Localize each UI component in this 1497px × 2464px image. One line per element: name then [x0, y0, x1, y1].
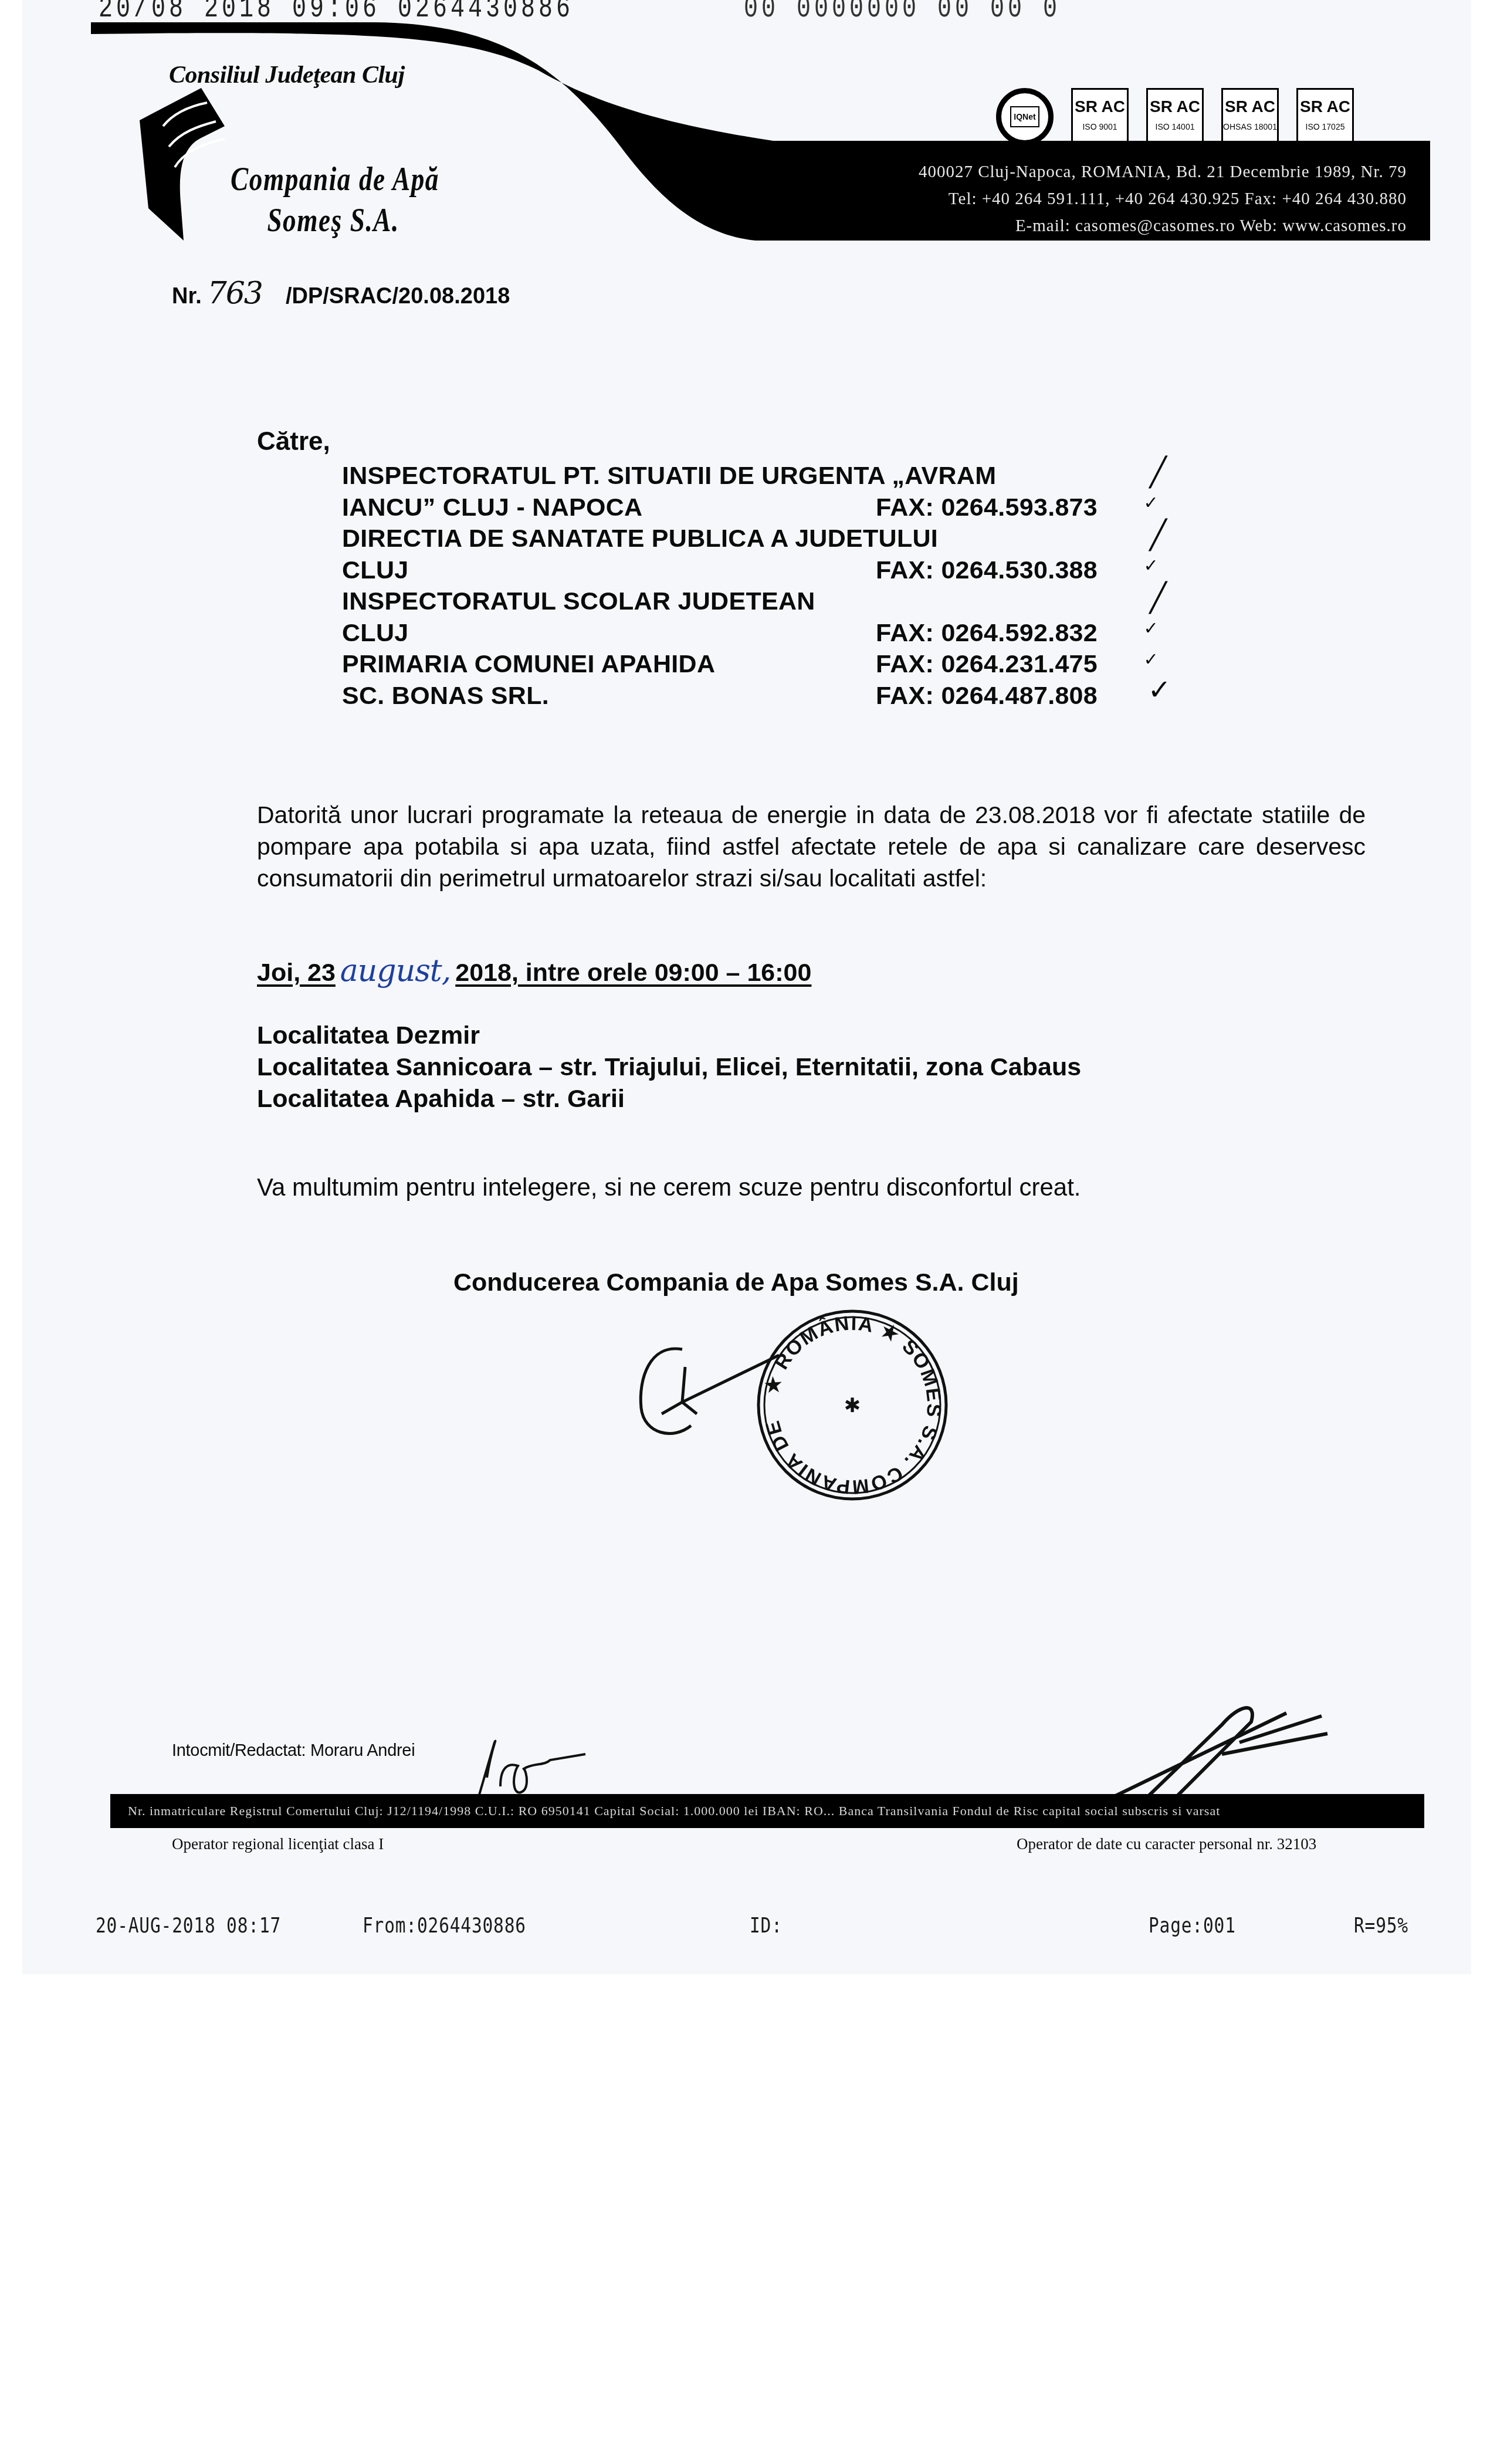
recipients-list: INSPECTORATUL PT. SITUATII DE URGENTA „A… [342, 461, 1151, 712]
recipient-fax: FAX: 0264.231.475✓ [876, 649, 1151, 681]
email-web-line: E-mail: casomes@casomes.ro Web: www.caso… [838, 212, 1407, 239]
fax-datetime: 20-AUG-2018 08:17 [96, 1914, 281, 1938]
body-paragraph: Datorită unor lucrari programate la rete… [257, 799, 1366, 894]
locality-item: Localitatea Sannicoara – str. Triajului,… [257, 1051, 1081, 1083]
recipient-name: DIRECTIA DE SANATATE PUBLICA A JUDETULUI [342, 523, 938, 555]
schedule-line: Joi, 23 august, 2018, intre orele 09:00 … [257, 953, 811, 989]
recipient-line: IANCU” CLUJ - NAPOCAFAX: 0264.593.873✓ [342, 492, 1151, 524]
recipient-line: INSPECTORATUL SCOLAR JUDETEAN╱ [342, 586, 1151, 618]
recipients-label: Către, [257, 427, 330, 456]
data-operator-number: Operator de date cu caracter personal nr… [1017, 1835, 1316, 1853]
company-name-line1: Compania de Apă [231, 158, 439, 199]
document-number-prefix: Nr. [172, 284, 202, 309]
recipient-fax: ╱ [996, 461, 1151, 492]
recipient-fax: FAX: 0264.530.388✓ [876, 555, 1151, 587]
iqnet-certification-icon: IQNet [996, 88, 1054, 145]
checkmark-icon: ✓ [1144, 644, 1159, 675]
checkmark-icon: ✓ [1144, 613, 1159, 644]
fax-id: ID: [750, 1914, 783, 1938]
recipient-line: INSPECTORATUL PT. SITUATII DE URGENTA „A… [342, 461, 1151, 492]
schedule-day: Joi, 23 [257, 959, 336, 987]
fax-page: Page:001 [1149, 1914, 1236, 1938]
locality-item: Localitatea Apahida – str. Garii [257, 1083, 1081, 1115]
recipient-name: CLUJ [342, 618, 876, 649]
checkmark-icon: ✓ [1147, 675, 1171, 706]
srac-certification-icon: SR ACISO 9001 [1071, 88, 1129, 145]
document-number-suffix: /DP/SRAC/20.08.2018 [286, 284, 510, 309]
operator-license: Operator regional licenţiat clasa I [172, 1835, 384, 1853]
recipient-fax: FAX: 0264.487.808✓ [876, 681, 1151, 712]
company-name-line2: Someş S.A. [231, 199, 439, 241]
recipient-line: PRIMARIA COMUNEI APAHIDAFAX: 0264.231.47… [342, 649, 1151, 681]
checkmark-icon: ╱ [1150, 583, 1167, 614]
recipient-name: INSPECTORATUL SCOLAR JUDETEAN [342, 586, 876, 618]
recipient-name: INSPECTORATUL PT. SITUATII DE URGENTA „A… [342, 461, 996, 492]
recipient-name: SC. BONAS SRL. [342, 681, 876, 712]
closing-signature-title: Conducerea Compania de Apa Somes S.A. Cl… [453, 1268, 1019, 1297]
thanks-text: Va multumim pentru intelegere, si ne cer… [257, 1173, 1081, 1201]
company-registration-band: Nr. inmatriculare Registrul Comertului C… [110, 1794, 1424, 1828]
recipient-line: CLUJFAX: 0264.530.388✓ [342, 555, 1151, 587]
contact-info-band: 400027 Cluj-Napoca, ROMANIA, Bd. 21 Dece… [814, 141, 1430, 241]
recipient-fax: FAX: 0264.593.873✓ [876, 492, 1151, 524]
scanned-page: 20/08 2018 09:06 0264430886 00 0000000 0… [22, 0, 1471, 1974]
address-line: 400027 Cluj-Napoca, ROMANIA, Bd. 21 Dece… [838, 158, 1407, 185]
recipient-name: IANCU” CLUJ - NAPOCA [342, 492, 876, 524]
director-signature [626, 1332, 873, 1443]
schedule-time: 2018, intre orele 09:00 – 16:00 [455, 959, 811, 987]
recipient-name: CLUJ [342, 555, 876, 587]
document-number-handwritten: 763 [208, 276, 262, 311]
prepared-by: Intocmit/Redactat: Moraru Andrei [172, 1741, 415, 1761]
recipient-fax: FAX: 0264.592.832✓ [876, 618, 1151, 649]
fax-resolution: R=95% [1354, 1914, 1408, 1938]
srac-certification-icon: SR ACISO 17025 [1296, 88, 1354, 145]
checkmark-icon: ✓ [1144, 488, 1159, 519]
recipient-name: PRIMARIA COMUNEI APAHIDA [342, 649, 876, 681]
certification-logos: IQNet SR ACISO 9001 SR ACISO 14001 SR AC… [996, 88, 1354, 145]
fax-from: From:0264430886 [363, 1914, 526, 1938]
checkmark-icon: ╱ [1150, 457, 1167, 488]
recipient-line: SC. BONAS SRL.FAX: 0264.487.808✓ [342, 681, 1151, 712]
checkmark-icon: ╱ [1150, 520, 1167, 551]
schedule-month-handwritten: august, [340, 953, 451, 989]
checkmark-icon: ✓ [1144, 550, 1159, 581]
document-number: Nr. 763 /DP/SRAC/20.08.2018 [172, 276, 510, 311]
phone-line: Tel: +40 264 591.111, +40 264 430.925 Fa… [838, 185, 1407, 212]
localities-list: Localitatea Dezmir Localitatea Sannicoar… [257, 1020, 1081, 1115]
recipient-line: CLUJFAX: 0264.592.832✓ [342, 618, 1151, 649]
recipient-fax: ╱ [938, 523, 1151, 555]
company-logo-icon [137, 85, 242, 243]
locality-item: Localitatea Dezmir [257, 1020, 1081, 1051]
company-name: Compania de Apă Someş S.A. [231, 158, 439, 241]
recipient-line: DIRECTIA DE SANATATE PUBLICA A JUDETULUI… [342, 523, 1151, 555]
recipient-fax: ╱ [876, 586, 1151, 618]
srac-certification-icon: SR ACISO 14001 [1146, 88, 1204, 145]
srac-certification-icon: SR ACOHSAS 18001 [1221, 88, 1279, 145]
